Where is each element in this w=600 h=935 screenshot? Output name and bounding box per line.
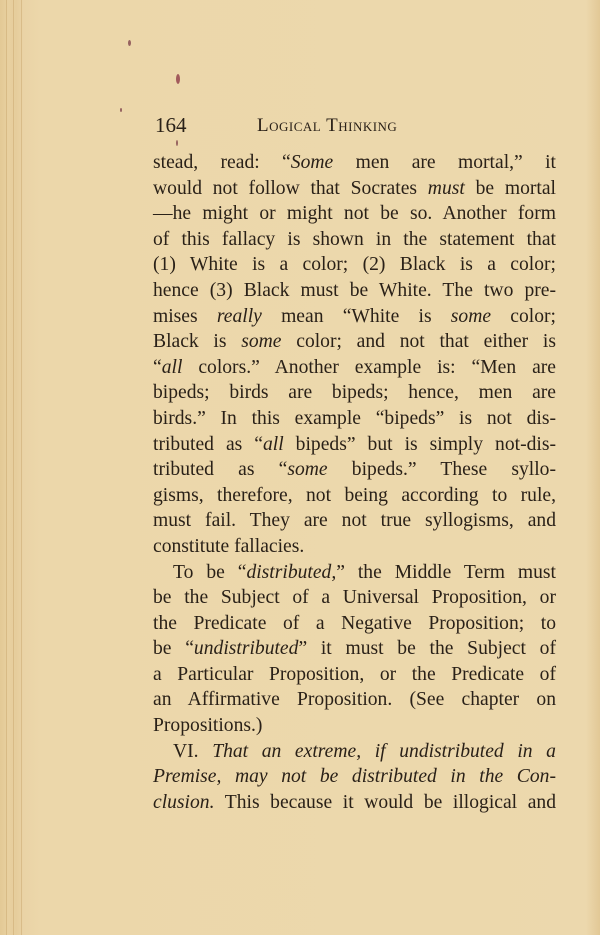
text-run: To be “ [173, 562, 246, 583]
text-run: tributed as “ [153, 434, 263, 455]
text-line: an Affirmative Proposition. (See chapter… [153, 687, 556, 713]
running-head: 164 Logical Thinking [155, 113, 555, 139]
text-line: gisms, therefore, not being according to… [153, 483, 556, 509]
ink-speck [176, 74, 180, 84]
text-line: “all colors.” Another example is: “Men a… [153, 355, 556, 381]
body-text: stead, read: “Some men are mortal,” itwo… [153, 150, 556, 815]
page-edge-line [6, 0, 7, 935]
text-run: ” the Middle Term must [336, 562, 556, 583]
text-run: gisms, therefore, not being according to… [153, 485, 556, 506]
italic-text: distributed, [246, 562, 336, 583]
text-run: of this fallacy is shown in the statemen… [153, 229, 556, 250]
text-run: This because it would be illogical and [215, 792, 557, 813]
ink-speck [176, 140, 178, 146]
text-run: must fail. They are not true syllogisms,… [153, 510, 556, 531]
italic-text: some [287, 459, 327, 480]
text-line: a Particular Proposition, or the Predica… [153, 662, 556, 688]
text-run: VI. [173, 741, 212, 762]
text-line: bipeds; birds are bipeds; hence, men are [153, 380, 556, 406]
text-line: (1) White is a color; (2) Black is a col… [153, 252, 556, 278]
text-line: —he might or might not be so. Another fo… [153, 201, 556, 227]
text-line: tributed as “all bipeds” but is simply n… [153, 432, 556, 458]
text-run: be mortal [465, 178, 556, 199]
text-line: To be “distributed,” the Middle Term mus… [153, 560, 556, 586]
page-edge-line [13, 0, 14, 935]
text-line: must fail. They are not true syllogisms,… [153, 508, 556, 534]
text-line: Premise, may not be distributed in the C… [153, 764, 556, 790]
text-run: mises [153, 306, 217, 327]
text-line: clusion. This because it would be illogi… [153, 790, 556, 816]
text-run: color; and not that either is [282, 331, 556, 352]
text-run: “ [153, 357, 162, 378]
ink-speck [120, 108, 122, 112]
text-line: birds.” In this example “bipeds” is not … [153, 406, 556, 432]
text-line: be the Subject of a Universal Propositio… [153, 585, 556, 611]
text-run: constitute fallacies. [153, 536, 304, 557]
text-line: tributed as “some bipeds.” These syllo- [153, 457, 556, 483]
text-run: be “ [153, 638, 194, 659]
text-line: VI. That an extreme, if undistributed in… [153, 739, 556, 765]
italic-text: some [241, 331, 281, 352]
text-run: ” it must be the Subject of [298, 638, 556, 659]
text-run: bipeds.” These syllo- [328, 459, 556, 480]
running-title: Logical Thinking [257, 115, 397, 137]
text-run: an Affirmative Proposition. (See chapter… [153, 689, 556, 710]
text-run: would not follow that Socrates [153, 178, 428, 199]
text-run: stead, read: “ [153, 152, 291, 173]
text-run: hence (3) Black must be White. The two p… [153, 280, 556, 301]
text-run: color; [491, 306, 556, 327]
page-number: 164 [155, 113, 187, 138]
italic-text: clusion. [153, 792, 215, 813]
text-line: the Predicate of a Negative Proposition;… [153, 611, 556, 637]
text-run: bipeds; birds are bipeds; hence, men are [153, 382, 556, 403]
text-line: mises really mean “White is some color; [153, 304, 556, 330]
text-run: bipeds” but is simply not-dis- [284, 434, 556, 455]
text-line: be “undistributed” it must be the Subjec… [153, 636, 556, 662]
text-line: Black is some color; and not that either… [153, 329, 556, 355]
italic-text: That an extreme, if undistributed in a [212, 741, 556, 762]
italic-text: Premise, may not be distributed in the C… [153, 766, 556, 787]
book-page: 164 Logical Thinking stead, read: “Some … [0, 0, 600, 935]
text-run: a Particular Proposition, or the Predica… [153, 664, 556, 685]
italic-text: Some [291, 152, 333, 173]
text-line: Propositions.) [153, 713, 556, 739]
ink-speck [128, 40, 131, 46]
italic-text: must [428, 178, 465, 199]
text-run: —he might or might not be so. Another fo… [153, 203, 556, 224]
italic-text: all [263, 434, 284, 455]
text-run: Black is [153, 331, 241, 352]
text-run: men are mortal,” it [333, 152, 556, 173]
text-run: Propositions.) [153, 715, 262, 736]
page-right-edge [586, 0, 600, 935]
italic-text: really [217, 306, 262, 327]
text-line: would not follow that Socrates must be m… [153, 176, 556, 202]
text-run: mean “White is [262, 306, 451, 327]
text-run: the Predicate of a Negative Proposition;… [153, 613, 556, 634]
text-run: be the Subject of a Universal Propositio… [153, 587, 556, 608]
text-line: constitute fallacies. [153, 534, 556, 560]
text-line: of this fallacy is shown in the statemen… [153, 227, 556, 253]
text-run: colors.” Another example is: “Men are [182, 357, 556, 378]
text-run: birds.” In this example “bipeds” is not … [153, 408, 556, 429]
italic-text: undistributed [194, 638, 299, 659]
text-run: tributed as “ [153, 459, 287, 480]
text-run: (1) White is a color; (2) Black is a col… [153, 254, 556, 275]
text-line: hence (3) Black must be White. The two p… [153, 278, 556, 304]
page-edge-line [21, 0, 22, 935]
text-line: stead, read: “Some men are mortal,” it [153, 150, 556, 176]
italic-text: some [451, 306, 491, 327]
italic-text: all [162, 357, 183, 378]
